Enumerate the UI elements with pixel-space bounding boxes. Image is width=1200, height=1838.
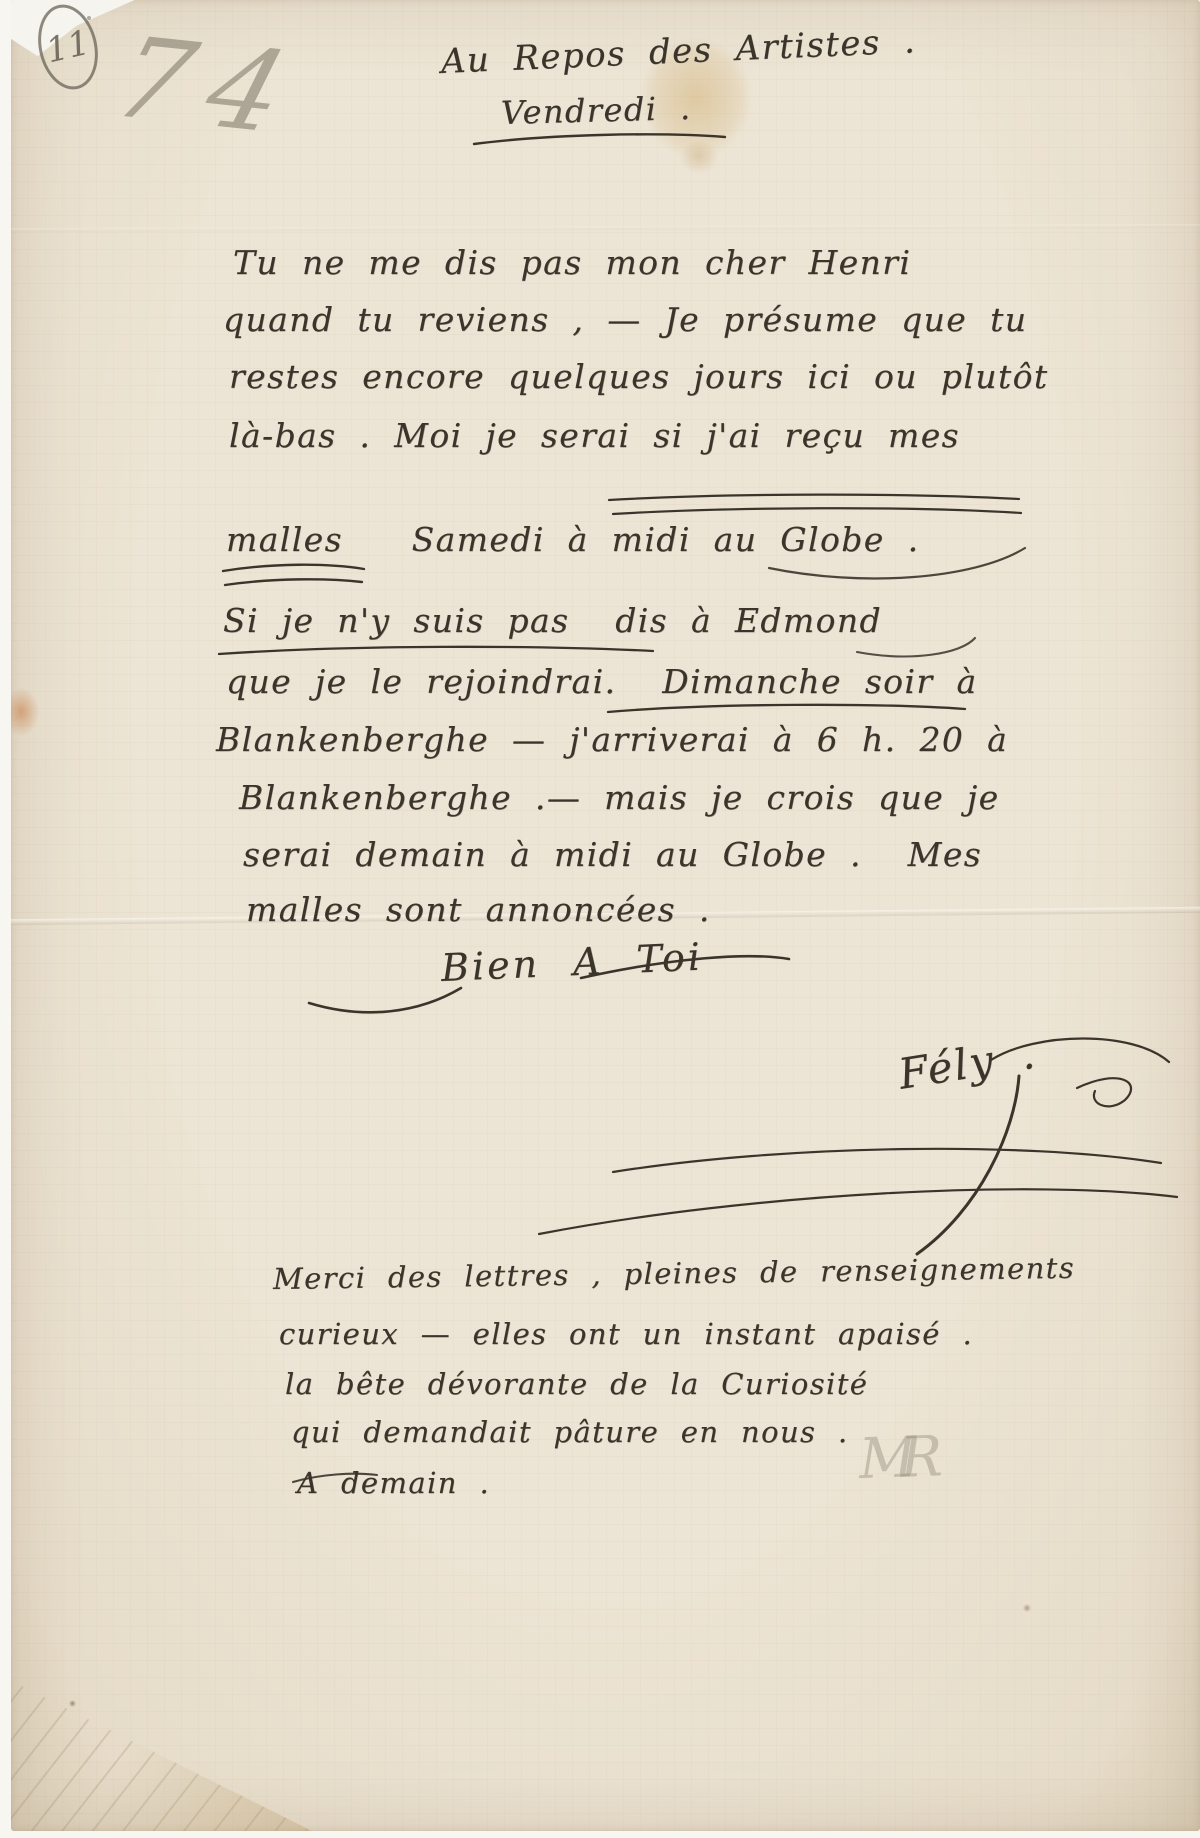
- body-line-7: que je le rejoindrai. Dimanche soir à: [226, 662, 978, 701]
- body-line-6: Si je n'y suis pas dis à Edmond: [223, 601, 882, 640]
- postscript-line-5: A demain .: [297, 1466, 490, 1500]
- postscript-line-4: qui demandait pâture en nous .: [291, 1415, 849, 1449]
- postscript-line-2: curieux — elles ont un instant apaisé .: [279, 1317, 973, 1351]
- body-line-5: malles Samedi à midi au Globe .: [226, 520, 920, 559]
- postscript-line-3: la bête dévorante de la Curiosité: [285, 1367, 868, 1401]
- header-day-line: Vendredi .: [501, 89, 692, 132]
- circled-number-value: 11: [42, 23, 93, 72]
- body-line-2: quand tu reviens , — Je présume que tu: [223, 300, 1027, 339]
- body-line-3: restes encore quelques jours ici ou plut…: [229, 357, 1049, 396]
- body-line-8: Blankenberghe — j'arriverai à 6 h. 20 à: [216, 720, 1008, 759]
- ink-speck: [87, 16, 91, 20]
- folio-number-pencil-mark: 74: [101, 14, 319, 160]
- letter-sheet: 11 74 MR Au Repos des Artistes . Vendred…: [11, 0, 1200, 1831]
- body-line-9: Blankenberghe .— mais je crois que je: [239, 778, 1000, 817]
- body-line-1: Tu ne me dis pas mon cher Henri: [233, 243, 911, 282]
- body-line-10: serai demain à midi au Globe . Mes: [243, 835, 982, 874]
- body-line-4: là-bas . Moi je serai si j'ai reçu mes: [229, 416, 960, 455]
- foxing-dot-1: [1023, 1604, 1031, 1612]
- scanned-letter-page: { "letter": { "language": "French", "arc…: [0, 0, 1200, 1838]
- body-line-11: malles sont annoncées .: [246, 890, 711, 929]
- collector-monogram-stamp: MR: [858, 1425, 928, 1492]
- foxing-dot-2: [69, 1700, 76, 1707]
- stain-top-center-small: [679, 140, 719, 174]
